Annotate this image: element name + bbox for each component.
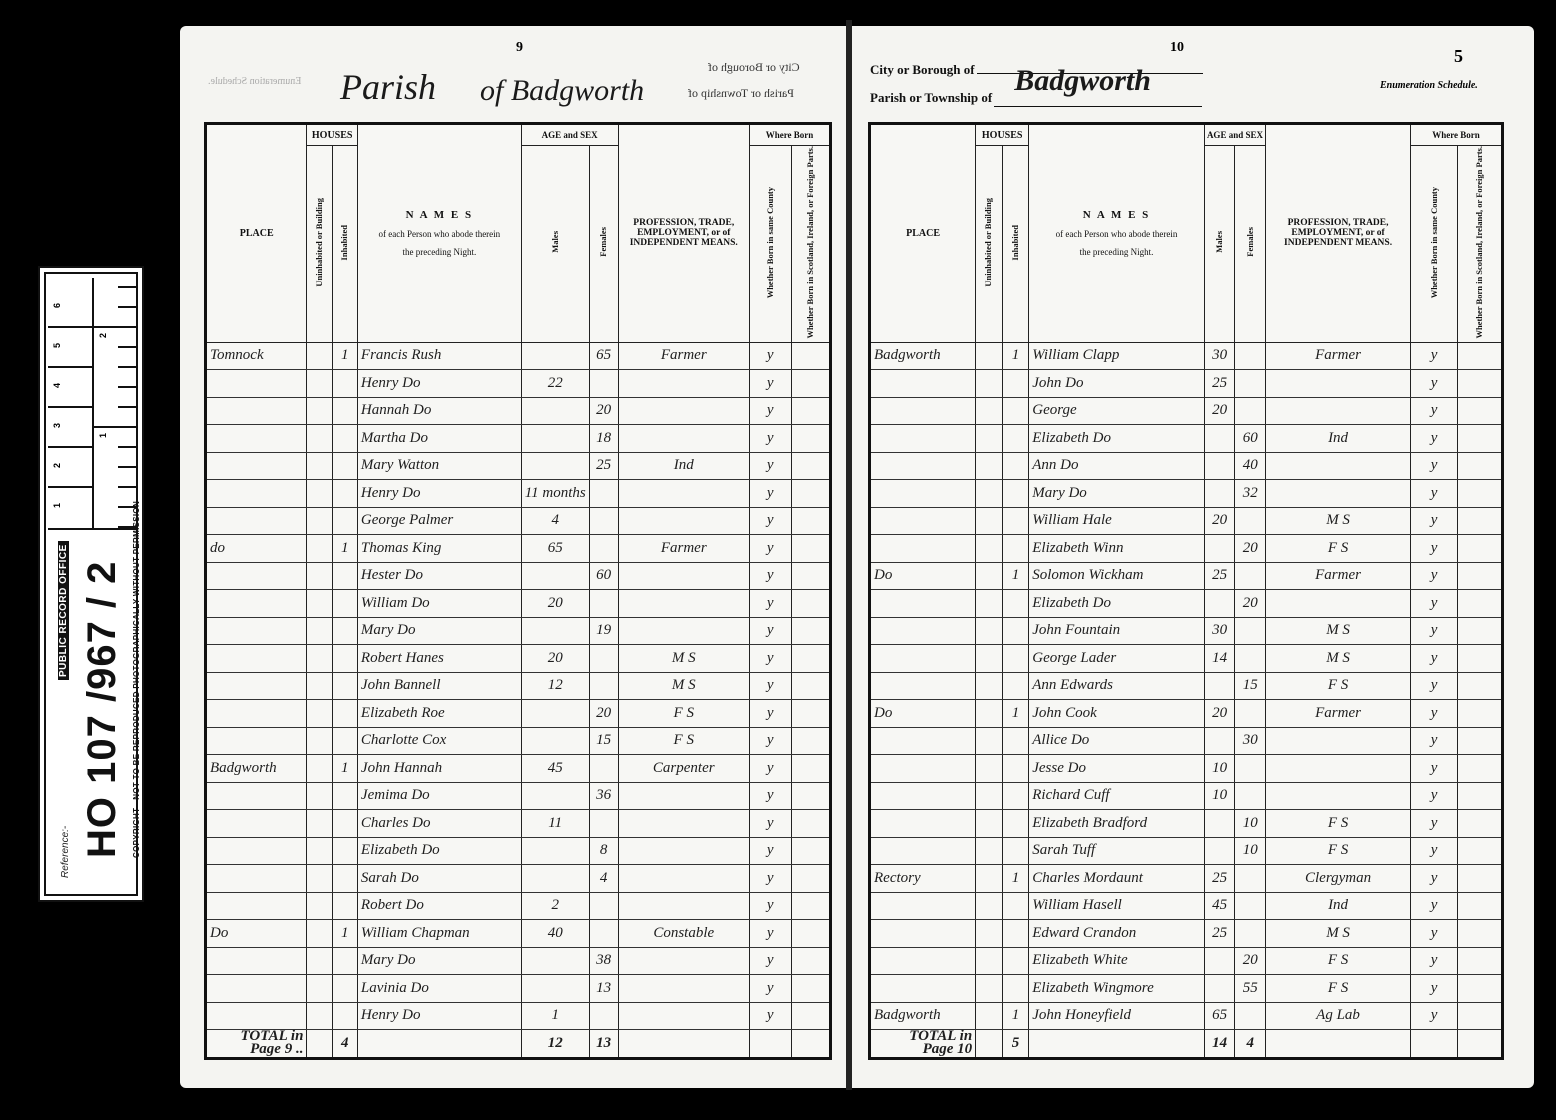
inhabited-cell (1002, 590, 1029, 618)
born-elsewhere-cell (791, 782, 831, 810)
born-county-cell: y (1411, 397, 1458, 425)
uninhabited-cell (307, 535, 332, 563)
occupation-cell (618, 975, 749, 1003)
name-cell: Thomas King (357, 535, 521, 563)
born-county-cell: y (749, 947, 791, 975)
inhabited-cell (332, 837, 357, 865)
census-row: Elizabeth Do20y (870, 590, 1503, 618)
inhabited-cell (1002, 782, 1029, 810)
uninhabited-cell (307, 672, 332, 700)
male-age-cell (521, 342, 589, 370)
born-elsewhere-cell (791, 947, 831, 975)
place-cell (206, 507, 307, 535)
place-cell (870, 782, 976, 810)
place-cell (206, 837, 307, 865)
female-age-cell: 15 (589, 727, 618, 755)
born-county-cell: y (1411, 727, 1458, 755)
uninhabited-cell (307, 700, 332, 728)
uninhabited-cell (307, 617, 332, 645)
male-age-cell (521, 782, 589, 810)
name-cell: Francis Rush (357, 342, 521, 370)
inhabited-cell (1002, 837, 1029, 865)
occupation-cell: F S (1266, 535, 1411, 563)
place-cell (206, 562, 307, 590)
male-age-cell (1204, 480, 1235, 508)
place-cell (870, 755, 976, 783)
uninhabited-cell (307, 452, 332, 480)
place-cell: Badgworth (870, 1002, 976, 1030)
uninhabited-cell (307, 810, 332, 838)
place-cell (206, 590, 307, 618)
public-record-office-label: PUBLIC RECORD OFFICE (58, 541, 69, 680)
inhabited-cell (1002, 370, 1029, 398)
born-elsewhere-cell (1458, 782, 1503, 810)
born-elsewhere-cell (1458, 865, 1503, 893)
born-elsewhere-cell (791, 397, 831, 425)
female-age-cell: 18 (589, 425, 618, 453)
place-cell (870, 947, 976, 975)
uninhabited-cell (976, 342, 1003, 370)
uninhabited-cell (976, 452, 1003, 480)
female-age-cell (589, 810, 618, 838)
born-elsewhere-cell (791, 837, 831, 865)
born-county-cell: y (1411, 370, 1458, 398)
inhabited-cell (1002, 480, 1029, 508)
female-age-cell (1235, 782, 1266, 810)
born-county-cell: y (749, 617, 791, 645)
occupation-cell (1266, 755, 1411, 783)
column-inhabited: Inhabited (332, 146, 357, 343)
born-county-cell: y (749, 590, 791, 618)
female-age-cell (589, 590, 618, 618)
census-row: Jemima Do36y (206, 782, 831, 810)
total-inhabited: 5 (1002, 1030, 1029, 1059)
census-row: Badgworth1John Honeyfield65Ag Laby (870, 1002, 1503, 1030)
name-cell: Charles Mordaunt (1029, 865, 1205, 893)
place-cell: Badgworth (870, 342, 976, 370)
place-cell (870, 452, 976, 480)
column-houses: HOUSES (976, 124, 1029, 146)
mirrored-parish-label: Parish or Township of (688, 86, 794, 101)
male-age-cell: 20 (521, 590, 589, 618)
male-age-cell: 20 (521, 645, 589, 673)
born-elsewhere-cell (1458, 590, 1503, 618)
inhabited-cell (1002, 425, 1029, 453)
inhabited-cell (332, 672, 357, 700)
female-age-cell: 10 (1235, 837, 1266, 865)
place-cell (206, 700, 307, 728)
born-county-cell: y (1411, 590, 1458, 618)
occupation-cell (618, 947, 749, 975)
occupation-cell: F S (1266, 975, 1411, 1003)
male-age-cell (1204, 727, 1235, 755)
female-age-cell: 13 (589, 975, 618, 1003)
column-females: Females (1235, 146, 1266, 343)
name-cell: Elizabeth Bradford (1029, 810, 1205, 838)
name-cell: Charles Do (357, 810, 521, 838)
uninhabited-cell (976, 480, 1003, 508)
place-cell (870, 480, 976, 508)
census-row: Elizabeth White20F Sy (870, 947, 1503, 975)
census-row: Charlotte Cox15F Sy (206, 727, 831, 755)
born-county-cell: y (749, 452, 791, 480)
male-age-cell (521, 837, 589, 865)
uninhabited-cell (307, 397, 332, 425)
male-age-cell: 4 (521, 507, 589, 535)
occupation-cell (618, 507, 749, 535)
occupation-cell: Farmer (1266, 700, 1411, 728)
census-row: George Palmer4y (206, 507, 831, 535)
male-age-cell: 45 (521, 755, 589, 783)
name-cell: Ann Do (1029, 452, 1205, 480)
female-age-cell: 4 (589, 865, 618, 893)
inhabited-cell (332, 975, 357, 1003)
inhabited-cell (332, 562, 357, 590)
male-age-cell: 11 (521, 810, 589, 838)
occupation-cell (1266, 370, 1411, 398)
census-row: Mary Do32y (870, 480, 1503, 508)
inhabited-cell (332, 507, 357, 535)
uninhabited-cell (976, 755, 1003, 783)
female-age-cell: 32 (1235, 480, 1266, 508)
schedule-label: Enumeration Schedule. (1380, 80, 1478, 91)
occupation-cell: Farmer (1266, 562, 1411, 590)
place-cell (206, 947, 307, 975)
place-cell (206, 672, 307, 700)
census-row: John Fountain30M Sy (870, 617, 1503, 645)
name-cell: Mary Do (1029, 480, 1205, 508)
place-cell (870, 535, 976, 563)
female-age-cell (589, 370, 618, 398)
place-cell (206, 975, 307, 1003)
total-label: TOTAL inPage 10 (870, 1030, 976, 1059)
name-cell: John Hannah (357, 755, 521, 783)
female-age-cell (589, 507, 618, 535)
born-county-cell: y (749, 975, 791, 1003)
male-age-cell (1204, 947, 1235, 975)
born-county-cell: y (1411, 865, 1458, 893)
census-row: Ann Edwards15F Sy (870, 672, 1503, 700)
born-county-cell: y (749, 370, 791, 398)
uninhabited-cell (976, 617, 1003, 645)
occupation-cell (1266, 452, 1411, 480)
born-elsewhere-cell (1458, 535, 1503, 563)
inhabited-cell (1002, 892, 1029, 920)
born-county-cell: y (1411, 342, 1458, 370)
born-elsewhere-cell (1458, 397, 1503, 425)
female-age-cell (589, 755, 618, 783)
born-county-cell: y (1411, 452, 1458, 480)
female-age-cell (1235, 507, 1266, 535)
uninhabited-cell (307, 342, 332, 370)
born-elsewhere-cell (791, 617, 831, 645)
name-cell: Hannah Do (357, 397, 521, 425)
name-cell: John Bannell (357, 672, 521, 700)
name-cell: Charlotte Cox (357, 727, 521, 755)
census-row: Elizabeth Winn20F Sy (870, 535, 1503, 563)
uninhabited-cell (307, 1002, 332, 1030)
born-county-cell: y (1411, 837, 1458, 865)
census-row: Richard Cuff10y (870, 782, 1503, 810)
born-county-cell: y (1411, 810, 1458, 838)
born-county-cell: y (1411, 672, 1458, 700)
occupation-cell (1266, 727, 1411, 755)
occupation-cell: Ind (1266, 425, 1411, 453)
uninhabited-cell (976, 837, 1003, 865)
male-age-cell (1204, 590, 1235, 618)
total-inhabited: 4 (332, 1030, 357, 1059)
place-cell (206, 370, 307, 398)
column-age-sex: AGE and SEX (1204, 124, 1265, 146)
uninhabited-cell (307, 865, 332, 893)
inhabited-cell: 1 (332, 755, 357, 783)
name-cell: Martha Do (357, 425, 521, 453)
census-page-right: 10 5 Enumeration Schedule. City or Borou… (852, 26, 1534, 1088)
born-county-cell: y (1411, 617, 1458, 645)
born-elsewhere-cell (791, 590, 831, 618)
census-row: Sarah Tuff10F Sy (870, 837, 1503, 865)
uninhabited-cell (307, 645, 332, 673)
born-elsewhere-cell (1458, 810, 1503, 838)
female-age-cell: 8 (589, 837, 618, 865)
place-cell (870, 727, 976, 755)
column-where-born: Where Born (1411, 124, 1503, 146)
place-cell (206, 452, 307, 480)
census-row: Do1John Cook20Farmery (870, 700, 1503, 728)
inhabited-cell (332, 810, 357, 838)
mirrored-schedule-label: Enumeration Schedule. (208, 76, 301, 87)
uninhabited-cell (976, 507, 1003, 535)
census-row: Henry Do1y (206, 1002, 831, 1030)
born-elsewhere-cell (1458, 672, 1503, 700)
uninhabited-cell (976, 590, 1003, 618)
census-table-left: PLACE HOUSES N A M E S of each Person wh… (204, 122, 832, 1060)
place-cell (870, 672, 976, 700)
female-age-cell (1235, 920, 1266, 948)
inhabited-cell (1002, 397, 1029, 425)
column-place: PLACE (206, 124, 307, 343)
name-cell: Mary Watton (357, 452, 521, 480)
born-county-cell: y (1411, 920, 1458, 948)
city-label: City or Borough of (870, 62, 975, 77)
inhabited-cell (332, 452, 357, 480)
uninhabited-cell (976, 727, 1003, 755)
male-age-cell: 20 (1204, 397, 1235, 425)
born-county-cell: y (1411, 782, 1458, 810)
born-elsewhere-cell (1458, 700, 1503, 728)
mirrored-city-label: City or Borough of (708, 60, 800, 75)
place-cell (206, 892, 307, 920)
inhabited-cell (332, 645, 357, 673)
inhabited-cell (1002, 535, 1029, 563)
born-county-cell: y (1411, 1002, 1458, 1030)
born-county-cell: y (749, 672, 791, 700)
born-elsewhere-cell (791, 507, 831, 535)
born-county-cell: y (749, 535, 791, 563)
total-row-right: TOTAL inPage 10 5 14 4 (870, 1030, 1503, 1059)
male-age-cell: 20 (1204, 700, 1235, 728)
male-age-cell (521, 452, 589, 480)
place-cell: Tomnock (206, 342, 307, 370)
place-cell (870, 920, 976, 948)
occupation-cell (618, 865, 749, 893)
uninhabited-cell (307, 947, 332, 975)
uninhabited-cell (976, 645, 1003, 673)
column-males: Males (521, 146, 589, 343)
census-row: Elizabeth Wingmore55F Sy (870, 975, 1503, 1003)
inhabited-cell: 1 (1002, 700, 1029, 728)
occupation-cell: F S (1266, 672, 1411, 700)
census-rows-right: Badgworth1William Clapp30FarmeryJohn Do2… (870, 342, 1503, 1030)
occupation-cell (618, 1002, 749, 1030)
female-age-cell: 19 (589, 617, 618, 645)
census-row: Badgworth1William Clapp30Farmery (870, 342, 1503, 370)
born-elsewhere-cell (1458, 755, 1503, 783)
census-row: do1Thomas King65Farmery (206, 535, 831, 563)
male-age-cell: 25 (1204, 865, 1235, 893)
born-elsewhere-cell (1458, 370, 1503, 398)
census-row: Henry Do11 monthsy (206, 480, 831, 508)
census-row: Jesse Do10y (870, 755, 1503, 783)
occupation-cell (618, 562, 749, 590)
occupation-cell (1266, 590, 1411, 618)
measurement-ruler: 1 2 3 4 5 6 1 2 (48, 278, 138, 530)
census-row: Hannah Do20y (206, 397, 831, 425)
female-age-cell (589, 920, 618, 948)
male-age-cell: 40 (521, 920, 589, 948)
born-elsewhere-cell (791, 700, 831, 728)
occupation-cell: Farmer (618, 535, 749, 563)
male-age-cell (521, 975, 589, 1003)
census-row: William Hasell45Indy (870, 892, 1503, 920)
female-age-cell (589, 480, 618, 508)
place-cell (206, 617, 307, 645)
born-elsewhere-cell (1458, 975, 1503, 1003)
male-age-cell (521, 947, 589, 975)
born-elsewhere-cell (1458, 947, 1503, 975)
born-county-cell: y (1411, 425, 1458, 453)
census-row: Elizabeth Do60Indy (870, 425, 1503, 453)
uninhabited-cell (976, 370, 1003, 398)
male-age-cell: 22 (521, 370, 589, 398)
name-cell: Henry Do (357, 370, 521, 398)
inhabited-cell (332, 590, 357, 618)
inhabited-cell (1002, 975, 1029, 1003)
male-age-cell: 25 (1204, 562, 1235, 590)
name-cell: Hester Do (357, 562, 521, 590)
female-age-cell (1235, 700, 1266, 728)
male-age-cell: 2 (521, 892, 589, 920)
born-elsewhere-cell (791, 892, 831, 920)
total-row-left: TOTAL inPage 9 .. 4 12 13 (206, 1030, 831, 1059)
male-age-cell (1204, 452, 1235, 480)
occupation-cell: M S (618, 645, 749, 673)
uninhabited-cell (976, 865, 1003, 893)
place-cell (206, 397, 307, 425)
uninhabited-cell (976, 425, 1003, 453)
inhabited-cell (332, 1002, 357, 1030)
column-inhabited: Inhabited (1002, 146, 1029, 343)
census-rows-left: Tomnock1Francis Rush65FarmeryHenry Do22y… (206, 342, 831, 1030)
born-elsewhere-cell (791, 645, 831, 673)
female-age-cell: 36 (589, 782, 618, 810)
total-males: 14 (1204, 1030, 1235, 1059)
male-age-cell (521, 425, 589, 453)
born-elsewhere-cell (791, 810, 831, 838)
name-cell: William Do (357, 590, 521, 618)
place-cell (206, 1002, 307, 1030)
born-county-cell: y (749, 810, 791, 838)
uninhabited-cell (976, 397, 1003, 425)
name-cell: John Fountain (1029, 617, 1205, 645)
uninhabited-cell (307, 920, 332, 948)
born-elsewhere-cell (1458, 1002, 1503, 1030)
name-cell: George (1029, 397, 1205, 425)
census-row: Badgworth1John Hannah45Carpentery (206, 755, 831, 783)
uninhabited-cell (976, 562, 1003, 590)
female-age-cell: 20 (1235, 535, 1266, 563)
male-age-cell (1204, 535, 1235, 563)
occupation-cell (1266, 397, 1411, 425)
inhabited-cell (332, 370, 357, 398)
name-cell: Robert Hanes (357, 645, 521, 673)
born-elsewhere-cell (1458, 562, 1503, 590)
female-age-cell: 10 (1235, 810, 1266, 838)
inhabited-cell (332, 700, 357, 728)
uninhabited-cell (307, 480, 332, 508)
born-elsewhere-cell (1458, 425, 1503, 453)
male-age-cell (1204, 425, 1235, 453)
name-cell: Elizabeth Do (357, 837, 521, 865)
inhabited-cell (1002, 755, 1029, 783)
occupation-cell: Ag Lab (1266, 1002, 1411, 1030)
place-cell (870, 507, 976, 535)
occupation-cell (1266, 480, 1411, 508)
place-cell (870, 590, 976, 618)
place-cell (870, 370, 976, 398)
copyright-notice: COPYRIGHT - NOT TO BE REPRODUCED PHOTOGR… (132, 501, 141, 858)
name-cell: William Hale (1029, 507, 1205, 535)
male-age-cell (521, 865, 589, 893)
column-where-born: Where Born (749, 124, 830, 146)
total-males: 12 (521, 1030, 589, 1059)
male-age-cell: 10 (1204, 782, 1235, 810)
place-cell: Do (206, 920, 307, 948)
born-elsewhere-cell (791, 535, 831, 563)
name-cell: John Do (1029, 370, 1205, 398)
born-elsewhere-cell (791, 425, 831, 453)
name-cell: Elizabeth Winn (1029, 535, 1205, 563)
name-cell: Robert Do (357, 892, 521, 920)
inhabited-cell (332, 947, 357, 975)
born-elsewhere-cell (1458, 645, 1503, 673)
name-cell: Mary Do (357, 617, 521, 645)
male-age-cell: 11 months (521, 480, 589, 508)
born-county-cell: y (749, 425, 791, 453)
occupation-cell (618, 892, 749, 920)
born-elsewhere-cell (1458, 480, 1503, 508)
male-age-cell: 65 (521, 535, 589, 563)
male-age-cell (1204, 975, 1235, 1003)
census-row: Martha Do18y (206, 425, 831, 453)
occupation-cell: F S (1266, 837, 1411, 865)
place-cell (206, 727, 307, 755)
column-profession: PROFESSION, TRADE, EMPLOYMENT, or of IND… (618, 124, 749, 343)
female-age-cell (1235, 865, 1266, 893)
male-age-cell: 65 (1204, 1002, 1235, 1030)
census-row: Mary Do19y (206, 617, 831, 645)
total-females: 13 (589, 1030, 618, 1059)
